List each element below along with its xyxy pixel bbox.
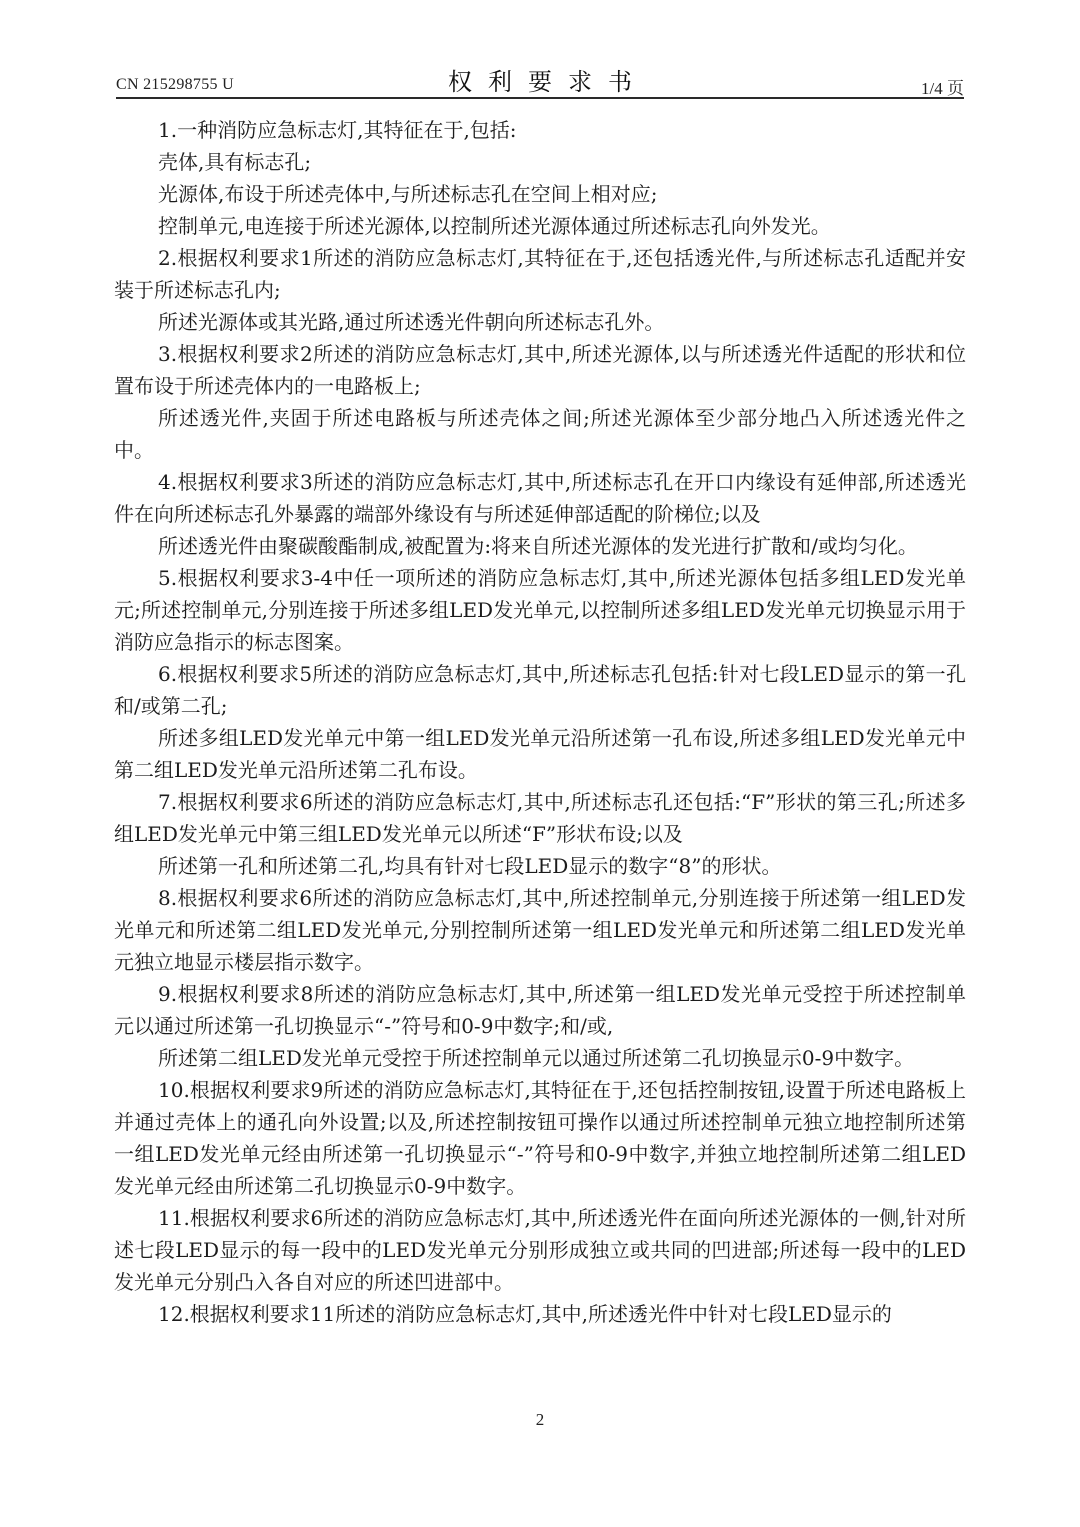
claim-paragraph: 控制单元,电连接于所述光源体,以控制所述光源体通过所述标志孔向外发光。 bbox=[114, 210, 966, 242]
claim-paragraph: 所述第二组LED发光单元受控于所述控制单元以通过所述第二孔切换显示0-9中数字。 bbox=[114, 1042, 966, 1074]
page-number: 2 bbox=[0, 1410, 1080, 1430]
document-title: 权利要求书 bbox=[116, 62, 964, 97]
claim-paragraph: 11.根据权利要求6所述的消防应急标志灯,其中,所述透光件在面向所述光源体的一侧… bbox=[114, 1202, 966, 1298]
claim-paragraph: 8.根据权利要求6所述的消防应急标志灯,其中,所述控制单元,分别连接于所述第一组… bbox=[114, 882, 966, 978]
claim-paragraph: 光源体,布设于所述壳体中,与所述标志孔在空间上相对应; bbox=[114, 178, 966, 210]
header-rule bbox=[116, 97, 964, 99]
claim-paragraph: 5.根据权利要求3-4中任一项所述的消防应急标志灯,其中,所述光源体包括多组LE… bbox=[114, 562, 966, 658]
claim-paragraph: 2.根据权利要求1所述的消防应急标志灯,其特征在于,还包括透光件,与所述标志孔适… bbox=[114, 242, 966, 306]
page-header: CN 215298755 U 权利要求书 1/4 页 bbox=[116, 62, 964, 98]
page-indicator: 1/4 页 bbox=[921, 74, 964, 99]
claim-paragraph: 7.根据权利要求6所述的消防应急标志灯,其中,所述标志孔还包括:“F”形状的第三… bbox=[114, 786, 966, 850]
claim-paragraph: 所述透光件,夹固于所述电路板与所述壳体之间;所述光源体至少部分地凸入所述透光件之… bbox=[114, 402, 966, 466]
claim-paragraph: 10.根据权利要求9所述的消防应急标志灯,其特征在于,还包括控制按钮,设置于所述… bbox=[114, 1074, 966, 1202]
claim-paragraph: 所述第一孔和所述第二孔,均具有针对七段LED显示的数字“8”的形状。 bbox=[114, 850, 966, 882]
claim-paragraph: 6.根据权利要求5所述的消防应急标志灯,其中,所述标志孔包括:针对七段LED显示… bbox=[114, 658, 966, 722]
claim-paragraph: 壳体,具有标志孔; bbox=[114, 146, 966, 178]
claim-paragraph: 所述光源体或其光路,通过所述透光件朝向所述标志孔外。 bbox=[114, 306, 966, 338]
claim-paragraph: 所述多组LED发光单元中第一组LED发光单元沿所述第一孔布设,所述多组LED发光… bbox=[114, 722, 966, 786]
claims-body: 1.一种消防应急标志灯,其特征在于,包括: 壳体,具有标志孔; 光源体,布设于所… bbox=[114, 114, 966, 1330]
claim-paragraph: 所述透光件由聚碳酸酯制成,被配置为:将来自所述光源体的发光进行扩散和/或均匀化。 bbox=[114, 530, 966, 562]
claim-paragraph: 4.根据权利要求3所述的消防应急标志灯,其中,所述标志孔在开口内缘设有延伸部,所… bbox=[114, 466, 966, 530]
claim-paragraph: 12.根据权利要求11所述的消防应急标志灯,其中,所述透光件中针对七段LED显示… bbox=[114, 1298, 966, 1330]
claim-paragraph: 1.一种消防应急标志灯,其特征在于,包括: bbox=[114, 114, 966, 146]
claim-paragraph: 9.根据权利要求8所述的消防应急标志灯,其中,所述第一组LED发光单元受控于所述… bbox=[114, 978, 966, 1042]
claim-paragraph: 3.根据权利要求2所述的消防应急标志灯,其中,所述光源体,以与所述透光件适配的形… bbox=[114, 338, 966, 402]
